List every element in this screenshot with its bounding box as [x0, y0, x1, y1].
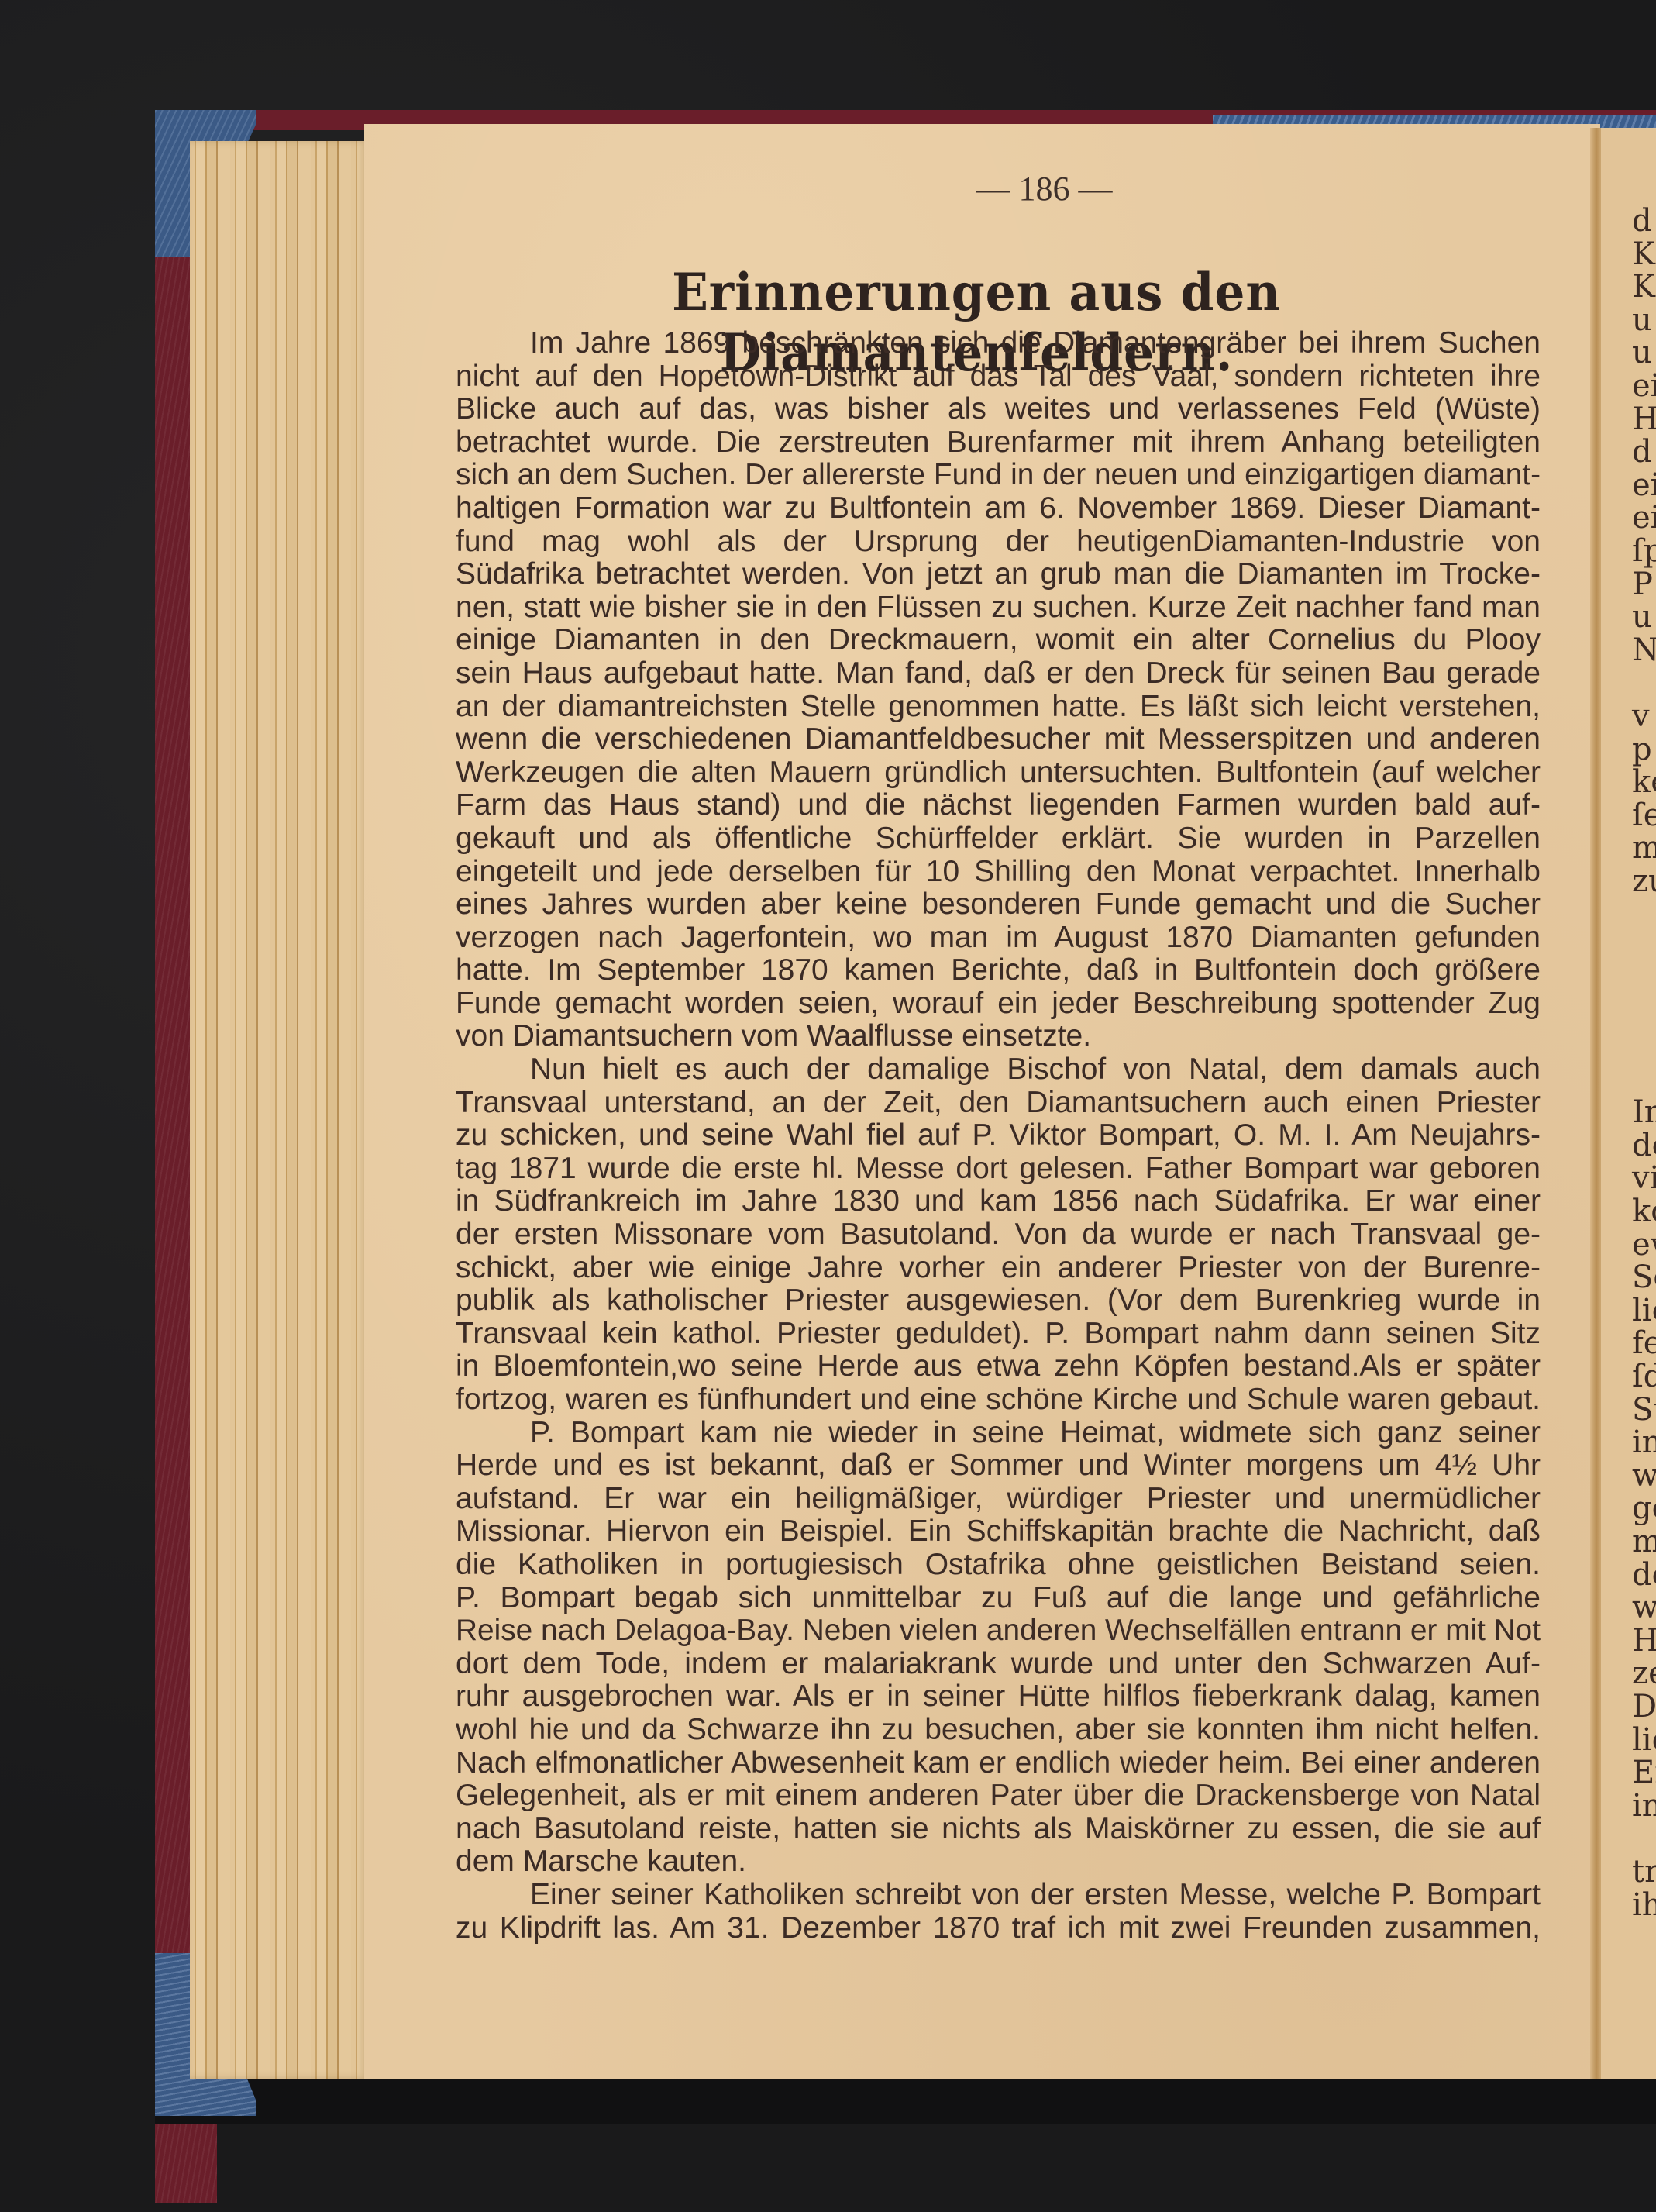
text-line: an der diamantreichsten Stelle genommen …: [456, 691, 1541, 724]
facing-page-fragment: H: [1632, 404, 1656, 435]
facing-page-fragment: ei: [1632, 470, 1656, 501]
facing-page-fragment: ze: [1632, 1658, 1656, 1689]
text-line: publik als katholischer Priester ausgewi…: [456, 1284, 1541, 1318]
facing-page-fragment: ke: [1632, 767, 1656, 798]
text-line: zu Klipdrift las. Am 31. Dezember 1870 t…: [456, 1912, 1541, 1945]
facing-page-fragment: d: [1632, 205, 1652, 236]
text-line: Nun hielt es auch der damalige Bischof v…: [456, 1053, 1541, 1087]
facing-page-fragment: N: [1632, 635, 1656, 666]
text-line: gekauft und als öffentliche Schürffelder…: [456, 822, 1541, 856]
text-line: Werkzeugen die alten Mauern gründlich un…: [456, 756, 1541, 790]
text-line: Im Jahre 1869 beschränkten sich die Diam…: [456, 327, 1541, 360]
page-stack-edge: [190, 141, 368, 2079]
facing-page-fragment: ih: [1632, 1890, 1656, 1921]
facing-page-fragment: de: [1632, 1559, 1656, 1590]
facing-page-fragment: St: [1632, 1394, 1656, 1425]
facing-page-fragment: ew: [1632, 1229, 1656, 1260]
facing-page-fragment: Dc: [1632, 1691, 1656, 1722]
body-text: Im Jahre 1869 beschränkten sich die Diam…: [456, 327, 1541, 1945]
facing-page-fragment: ge: [1632, 1493, 1656, 1524]
text-line: eines Jahres wurden aber keine besondere…: [456, 888, 1541, 922]
facing-page-fragment: kc: [1632, 1196, 1656, 1227]
text-line: Herde und es ist bekannt, daß er Sommer …: [456, 1449, 1541, 1483]
text-line: P. Bompart kam nie wieder in seine Heima…: [456, 1417, 1541, 1450]
facing-page-fragment: d: [1632, 436, 1652, 467]
text-line: in Bloemfontein,wo seine Herde aus etwa …: [456, 1350, 1541, 1383]
facing-page-fragment: w: [1632, 1460, 1656, 1491]
text-line: Einer seiner Katholiken schreibt von der…: [456, 1879, 1541, 1912]
text-line: sich an dem Suchen. Der allererste Fund …: [456, 459, 1541, 492]
text-line: nicht auf den Hopetown-Distrikt auf das …: [456, 360, 1541, 394]
text-line: Farm das Haus stand) und die nächst lieg…: [456, 789, 1541, 822]
text-line: dort dem Tode, indem er malariakrank wur…: [456, 1648, 1541, 1681]
text-line: haltigen Formation war zu Bultfontein am…: [456, 492, 1541, 525]
facing-page-fragment: u: [1632, 601, 1652, 632]
text-line: einige Diamanten in den Dreckmauern, wom…: [456, 624, 1541, 657]
text-line: Reise nach Delagoa-Bay. Neben vielen and…: [456, 1614, 1541, 1648]
text-line: nen, statt wie bisher sie in den Flüssen…: [456, 591, 1541, 625]
facing-page-fragment: ſp: [1632, 536, 1656, 567]
facing-page-fragment: u: [1632, 305, 1652, 336]
book-cover-bottom-shadow: [155, 2077, 1656, 2124]
text-line: zu schicken, und seine Wahl fiel auf P. …: [456, 1119, 1541, 1153]
text-line: betrachtet wurde. Die zerstreuten Burenf…: [456, 426, 1541, 460]
text-line: fund mag wohl als der Ursprung der heuti…: [456, 525, 1541, 559]
facing-page-fragment: lie: [1632, 1295, 1656, 1326]
facing-page-fragment: p: [1632, 734, 1652, 765]
page-number: — 186 —: [426, 169, 1656, 208]
text-line: von Diamantsuchern vom Waalflusse einset…: [456, 1020, 1541, 1053]
facing-page-fragment: K: [1632, 271, 1655, 302]
text-line: dem Marsche kauten.: [456, 1845, 1541, 1879]
facing-page-fragment: ſe: [1632, 800, 1656, 831]
text-line: wenn die verschiedenen Diamantfeldbesuch…: [456, 723, 1541, 756]
text-line: Funde gemacht worden seien, worauf ein j…: [456, 987, 1541, 1021]
facing-page-fragment: ei: [1632, 370, 1656, 401]
facing-page-fragment: w: [1632, 1592, 1656, 1623]
facing-page-fragment: vi: [1632, 1163, 1656, 1194]
text-line: in Südfrankreich im Jahre 1830 und kam 1…: [456, 1185, 1541, 1218]
facing-page-fragment: fe: [1632, 1328, 1656, 1359]
facing-page-fragment: K: [1632, 239, 1655, 270]
text-line: Nach elfmonatlicher Abwesenheit kam er e…: [456, 1747, 1541, 1780]
facing-page-fragment: dc: [1632, 1130, 1656, 1161]
text-line: Missionar. Hiervon ein Beispiel. Ein Sch…: [456, 1515, 1541, 1549]
text-line: eingeteilt und jede derselben für 10 Shi…: [456, 856, 1541, 889]
facing-page-fragment: tr: [1632, 1856, 1656, 1887]
facing-page-fragment: u: [1632, 337, 1652, 368]
facing-page-fragment: in: [1632, 1790, 1656, 1821]
facing-page-fragment: in: [1632, 1427, 1656, 1458]
text-line: Transvaal unterstand, an der Zeit, den D…: [456, 1087, 1541, 1120]
text-line: nach Basutoland reiste, hatten sie nicht…: [456, 1813, 1541, 1846]
text-line: Transvaal kein kathol. Priester geduldet…: [456, 1318, 1541, 1351]
book-page: — 186 — Erinnerungen aus den Diamantenfe…: [364, 124, 1600, 2079]
text-line: fortzog, waren es fünfhundert und eine s…: [456, 1383, 1541, 1417]
text-line: sein Haus aufgebaut hatte. Man fand, daß…: [456, 657, 1541, 691]
text-line: verzogen nach Jagerfontein, wo man im Au…: [456, 922, 1541, 955]
text-line: P. Bompart begab sich unmittelbar zu Fuß…: [456, 1582, 1541, 1615]
facing-page-fragment: mi: [1632, 1526, 1656, 1557]
facing-page-fragment: Er: [1632, 1757, 1656, 1788]
facing-page-fragment: v: [1632, 701, 1650, 732]
text-line: schickt, aber wie einige Jahre vorher ei…: [456, 1252, 1541, 1285]
text-line: Südafrika betrachtet werden. Von jetzt a…: [456, 558, 1541, 591]
text-line: Gelegenheit, als er mit einem anderen Pa…: [456, 1780, 1541, 1813]
facing-page-fragment: Se: [1632, 1262, 1656, 1293]
facing-page-fragment: In: [1632, 1097, 1656, 1128]
facing-page-fragment: ei: [1632, 502, 1656, 533]
text-line: ruhr ausgebrochen war. Als er in seiner …: [456, 1680, 1541, 1714]
text-line: hatte. Im September 1870 kamen Berichte,…: [456, 954, 1541, 987]
text-line: Blicke auch auf das, was bisher als weit…: [456, 393, 1541, 426]
text-line: tag 1871 wurde die erste hl. Messe dort …: [456, 1153, 1541, 1186]
text-line: wohl hie und da Schwarze ihn zu besuchen…: [456, 1714, 1541, 1747]
text-line: die Katholiken in portugiesisch Ostafrik…: [456, 1549, 1541, 1582]
facing-page-fragment: lie: [1632, 1724, 1656, 1755]
facing-page-fragment: Hi: [1632, 1625, 1656, 1656]
facing-page-fragment: P: [1632, 569, 1653, 600]
text-line: aufstand. Er war ein heiligmäßiger, würd…: [456, 1483, 1541, 1516]
facing-page-fragment: m: [1632, 832, 1656, 863]
text-line: der ersten Missonare vom Basutoland. Von…: [456, 1218, 1541, 1252]
facing-page-edge: dKKuueiHdeieiſpPuNvpkeſemzuIndcvikcewSel…: [1601, 128, 1656, 2079]
facing-page-fragment: zu: [1632, 866, 1656, 897]
facing-page-fragment: ſd: [1632, 1361, 1656, 1392]
